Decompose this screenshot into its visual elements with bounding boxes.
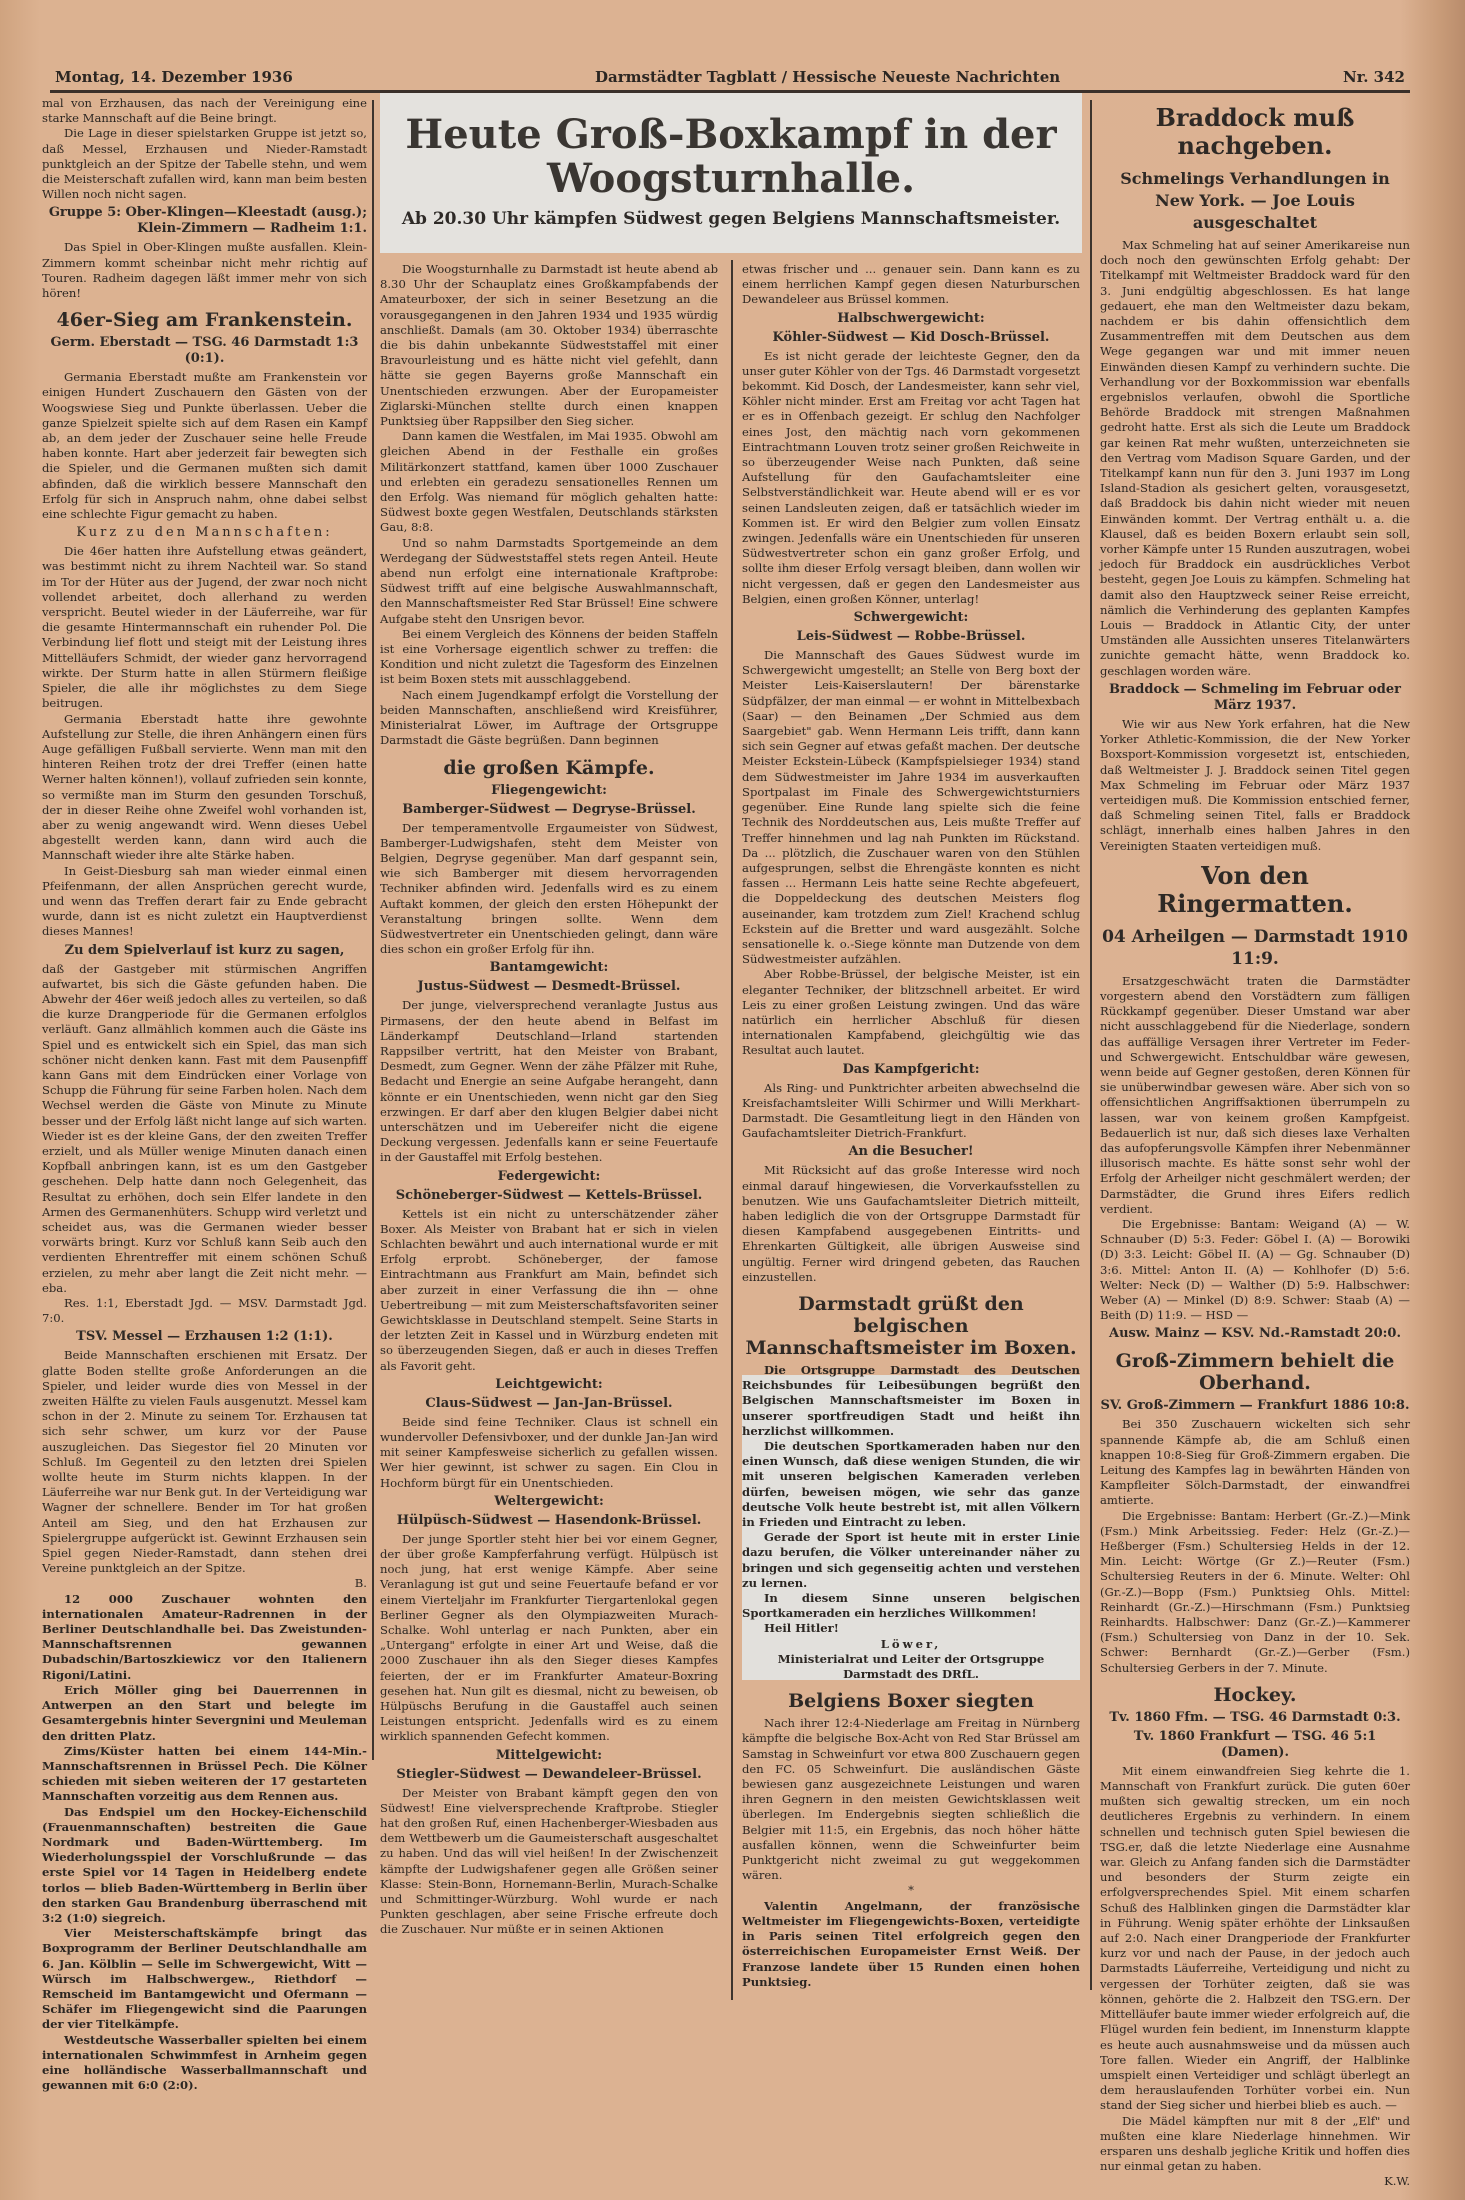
results: Die Ergebnisse: Bantam: Herbert (Gr.-Z.)… <box>1100 1509 1410 1676</box>
paragraph: Germania Eberstadt mußte am Frankenstein… <box>42 370 367 522</box>
bout: Stiegler-Südwest — Dewandeleer-Brüssel. <box>380 1767 718 1783</box>
paragraph: Der junge Sportler steht hier bei vor ei… <box>380 1532 718 1745</box>
article-headline: Groß-Zimmern behielt die Oberhand. <box>1100 1350 1410 1394</box>
issue-number: Nr. 342 <box>1343 68 1405 86</box>
paragraph: In Geist-Diesburg sah man wieder einmal … <box>42 864 367 940</box>
section-label: Zu dem Spielverlauf ist kurz zu sagen, <box>42 943 367 959</box>
news-item: Vier Meisterschaftskämpfe bringt das Box… <box>42 1926 367 2032</box>
article-subheadline: Schmelings Verhandlungen in New York. — … <box>1100 168 1410 234</box>
paragraph: Und so nahm Darmstadts Sportgemeinde an … <box>380 536 718 627</box>
column-4: Braddock muß nachgeben. Schmelings Verha… <box>1100 96 1410 2190</box>
paragraph: Bei einem Vergleich des Könnens der beid… <box>380 627 718 688</box>
bout: Bamberger-Südwest — Degryse-Brüssel. <box>380 802 718 818</box>
paragraph: Die 46er hatten ihre Aufstellung etwas g… <box>42 544 367 711</box>
bout: Hülpüsch-Südwest — Hasendonk-Brüssel. <box>380 1513 718 1529</box>
author-signature: B. <box>42 1576 367 1591</box>
news-item: Valentin Angelmann, der französische Wel… <box>742 1899 1080 1990</box>
paragraph: Nach ihrer 12:4-Niederlage am Freitag in… <box>742 1716 1080 1883</box>
paragraph: Germania Eberstadt hatte ihre gewohnte A… <box>42 712 367 864</box>
match-result: TSV. Messel — Erzhausen 1:2 (1:1). <box>42 1329 367 1345</box>
bout: Justus-Südwest — Desmedt-Brüssel. <box>380 979 718 995</box>
news-item: Westdeutsche Wasserballer spielten bei e… <box>42 2033 367 2094</box>
section-label: Das Kampfgericht: <box>742 1062 1080 1078</box>
section-headline: Hockey. <box>1100 1684 1410 1706</box>
news-item: Das Endspiel um den Hockey-Eichenschild … <box>42 1805 367 1927</box>
paragraph: Kettels ist ein nicht zu unterschätzende… <box>380 1207 718 1374</box>
paragraph: mal von Erzhausen, das nach der Vereinig… <box>42 96 367 126</box>
paragraph: Das Spiel in Ober-Klingen mußte ausfalle… <box>42 240 367 301</box>
group-result: Gruppe 5: Ober-Klingen—Kleestadt (ausg.)… <box>42 205 367 237</box>
newspaper-page: Montag, 14. Dezember 1936 Darmstädter Ta… <box>0 0 1465 2200</box>
paper-title: Darmstädter Tagblatt / Hessische Neueste… <box>595 68 1060 86</box>
salutation: Heil Hitler! <box>742 1621 1080 1636</box>
weight-class: Federgewicht: <box>380 1169 718 1185</box>
bout: Claus-Südwest — Jan-Jan-Brüssel. <box>380 1396 718 1412</box>
paragraph: Aber Robbe-Brüssel, der belgische Meiste… <box>742 967 1080 1058</box>
column-divider <box>372 100 374 1760</box>
masthead: Montag, 14. Dezember 1936 Darmstädter Ta… <box>55 68 1405 90</box>
paragraph: Max Schmeling hat auf seiner Amerikareis… <box>1100 238 1410 679</box>
issue-date: Montag, 14. Dezember 1936 <box>55 68 293 86</box>
match-result: Ausw. Mainz — KSV. Nd.-Ramstadt 20:0. <box>1100 1326 1410 1342</box>
signer-name: Löwer, <box>742 1637 1080 1652</box>
bout: Schöneberger-Südwest — Kettels-Brüssel. <box>380 1188 718 1204</box>
paragraph: Die deutschen Sportkameraden haben nur d… <box>742 1439 1080 1530</box>
bout: Leis-Südwest — Robbe-Brüssel. <box>742 629 1080 645</box>
lead-headline-box: Heute Groß-Boxkampf in der Woogsturnhall… <box>380 93 1082 253</box>
paragraph: daß der Gastgeber mit stürmischen Angrif… <box>42 962 367 1296</box>
paragraph: Der junge, vielversprechend veranlagte J… <box>380 998 718 1165</box>
column-3: etwas frischer und ... genauer sein. Dan… <box>742 262 1080 1990</box>
weight-class: Weltergewicht: <box>380 1494 718 1510</box>
paragraph: Die Ortsgruppe Darmstadt des Deutschen R… <box>742 1363 1080 1439</box>
paragraph: Es ist nicht gerade der leichteste Gegne… <box>742 349 1080 607</box>
article-headline: Belgiens Boxer siegten <box>742 1690 1080 1712</box>
paragraph: Gerade der Sport ist heute mit in erster… <box>742 1530 1080 1591</box>
author-signature: K.W. <box>1100 2174 1410 2189</box>
section-headline: die großen Kämpfe. <box>380 757 718 779</box>
match-result: SV. Groß-Zimmern — Frankfurt 1886 10:8. <box>1100 1398 1410 1414</box>
column-divider <box>731 260 733 2000</box>
results: Die Ergebnisse: Bantam: Weigand (A) — W.… <box>1100 1217 1410 1323</box>
article-headline: 46er-Sieg am Frankenstein. <box>42 309 367 331</box>
paragraph: Die Woogsturnhalle zu Darmstadt ist heut… <box>380 262 718 429</box>
article-headline: Braddock muß nachgeben. <box>1100 104 1410 160</box>
paragraph: Der Meister von Brabant kämpft gegen den… <box>380 1786 718 1938</box>
paragraph: Als Ring- und Punktrichter arbeiten abwe… <box>742 1081 1080 1142</box>
column-1: mal von Erzhausen, das nach der Vereinig… <box>42 96 367 2093</box>
match-result: Germ. Eberstadt — TSG. 46 Darmstadt 1:3 … <box>42 335 367 367</box>
paragraph: Nach einem Jugendkampf erfolgt die Vorst… <box>380 688 718 749</box>
paragraph: Die Mannschaft des Gaues Südwest wurde i… <box>742 648 1080 967</box>
match-result: Tv. 1860 Frankfurt — TSG. 46 5:1 (Damen)… <box>1100 1729 1410 1761</box>
paragraph: Mit Rücksicht auf das große Interesse wi… <box>742 1163 1080 1285</box>
paragraph: Dann kamen die Westfalen, im Mai 1935. O… <box>380 429 718 535</box>
weight-class: Halbschwergewicht: <box>742 311 1080 327</box>
paragraph: Die Mädel kämpften nur mit 8 der „Elf" u… <box>1100 2114 1410 2175</box>
weight-class: Fliegengewicht: <box>380 783 718 799</box>
weight-class: Schwergewicht: <box>742 610 1080 626</box>
paragraph: etwas frischer und ... genauer sein. Dan… <box>742 262 1080 308</box>
paragraph: Bei 350 Zuschauern wickelten sich sehr s… <box>1100 1417 1410 1508</box>
match-result: 04 Arheilgen — Darmstadt 1910 11:9. <box>1100 926 1410 970</box>
column-divider <box>1090 100 1092 1990</box>
match-result: Tv. 1860 Ffm. — TSG. 46 Darmstadt 0:3. <box>1100 1710 1410 1726</box>
lead-headline: Heute Groß-Boxkampf in der Woogsturnhall… <box>380 113 1082 201</box>
paragraph: Die Lage in dieser spielstarken Gruppe i… <box>42 126 367 202</box>
separator-asterisk: * <box>742 1883 1080 1898</box>
paragraph: Wie wir aus New York erfahren, hat die N… <box>1100 717 1410 854</box>
bout: Köhler-Südwest — Kid Dosch-Brüssel. <box>742 330 1080 346</box>
paragraph: Der temperamentvolle Ergaumeister von Sü… <box>380 821 718 958</box>
paragraph: Ersatzgeschwächt traten die Darmstädter … <box>1100 974 1410 1217</box>
paragraph: In diesem Sinne unseren belgischen Sport… <box>742 1591 1080 1621</box>
news-item: 12 000 Zuschauer wohnten den internation… <box>42 1592 367 1683</box>
paragraph: Beide Mannschaften erschienen mit Ersatz… <box>42 1348 367 1576</box>
section-label: Kurz zu den Mannschaften: <box>42 525 367 541</box>
weight-class: Bantamgewicht: <box>380 960 718 976</box>
section-label: An die Besucher! <box>742 1144 1080 1160</box>
signer-title: Ministerialrat und Leiter der Ortsgruppe… <box>742 1652 1080 1682</box>
section-label: Braddock — Schmeling im Februar oder Mär… <box>1100 682 1410 714</box>
lead-subheadline: Ab 20.30 Uhr kämpfen Südwest gegen Belgi… <box>380 209 1082 229</box>
paragraph: Beide sind feine Techniker. Claus ist sc… <box>380 1415 718 1491</box>
column-2: Die Woogsturnhalle zu Darmstadt ist heut… <box>380 262 718 1938</box>
paragraph: Res. 1:1, Eberstadt Jgd. — MSV. Darmstad… <box>42 1296 367 1326</box>
weight-class: Mittelgewicht: <box>380 1748 718 1764</box>
weight-class: Leichtgewicht: <box>380 1377 718 1393</box>
news-item: Erich Möller ging bei Dauerrennen in Ant… <box>42 1683 367 1744</box>
welcome-headline: Darmstadt grüßt den belgischen Mannschaf… <box>742 1293 1080 1359</box>
article-headline: Von den Ringermatten. <box>1100 862 1410 918</box>
news-item: Zims/Küster hatten bei einem 144-Min.-Ma… <box>42 1744 367 1805</box>
paragraph: Mit einem einwandfreien Sieg kehrte die … <box>1100 1764 1410 2114</box>
